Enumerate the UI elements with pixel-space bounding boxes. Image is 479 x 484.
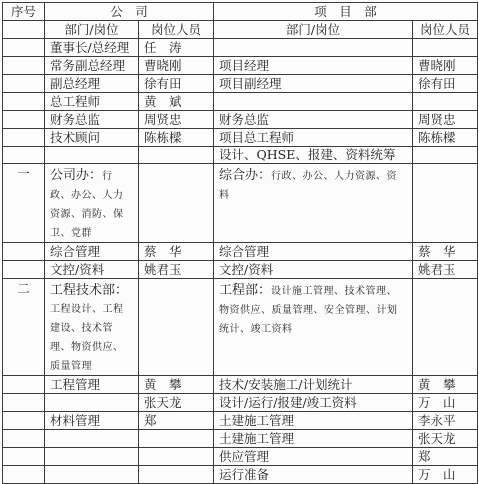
table-cell: 综合管理 — [214, 243, 413, 261]
table-cell: 副总经理 — [45, 75, 139, 93]
table-row: 常务副总经理曹晓刚项目经理曹晓刚 — [3, 57, 478, 75]
dept-name: 工程部： — [219, 283, 271, 298]
table-cell — [3, 39, 45, 57]
dept-cell: 工程部：设计施工管理、技术管理、物资供应、质量管理、安全管理、计划统计、竣工资料 — [214, 279, 413, 376]
table-cell — [3, 448, 45, 466]
table-row: 工程管理黄 攀技术/安装施工/计划统计黄 攀 — [3, 376, 478, 394]
table-cell: 二 — [3, 279, 45, 376]
table-cell: 黄 攀 — [139, 376, 214, 394]
table-cell: 万 山 — [413, 466, 478, 484]
header-cell: 岗位人员 — [139, 21, 214, 39]
table-cell — [3, 394, 45, 412]
table-cell: 一 — [3, 164, 45, 243]
table-cell: 姚君玉 — [139, 261, 214, 279]
table-row: 张天龙设计/运行/报建/竣工资料万 山 — [3, 394, 478, 412]
table-cell — [413, 147, 478, 164]
table-cell: 陈栋樑 — [413, 129, 478, 147]
table-cell — [413, 39, 478, 57]
table-cell: 供应管理 — [214, 448, 413, 466]
table-cell — [45, 430, 139, 448]
table-cell — [413, 164, 478, 243]
org-staffing-document: 序号公 司项 目 部部门/岗位岗位人员部门/岗位岗位人员董事长/总经理任 涛常务… — [2, 2, 477, 435]
dept-cell: 公司办：行政、办公、人力资源、消防、保卫、党群 — [45, 164, 139, 243]
header-cell: 项 目 部 — [214, 3, 478, 21]
table-cell — [214, 93, 413, 111]
table-cell: 技术顾问 — [45, 129, 139, 147]
table-row: 运行准备万 山 — [3, 466, 478, 484]
table-row: 二工程技术部：工程设计、工程建设、技术管理、物资供应、质量管理工程部：设计施工管… — [3, 279, 478, 376]
table-cell — [3, 430, 45, 448]
table-cell: 曹晓刚 — [139, 57, 214, 75]
table-cell: 黄 斌 — [139, 93, 214, 111]
table-row: 副总经理徐有田项目副经理徐有田 — [3, 75, 478, 93]
table-cell: 财务总监 — [214, 111, 413, 129]
header-cell — [3, 21, 45, 39]
table-cell — [3, 261, 45, 279]
table-row: 序号公 司项 目 部 — [3, 3, 478, 21]
table-cell: 项目总工程师 — [214, 129, 413, 147]
dept-name: 公司办： — [50, 168, 102, 183]
table-row: 材料管理郑土建施工管理李永平 — [3, 412, 478, 430]
table-cell — [3, 147, 45, 164]
header-cell: 公 司 — [45, 3, 214, 21]
table-cell: 设计、QHSE、报建、资料统筹 — [214, 147, 413, 164]
table-cell — [3, 111, 45, 129]
org-table: 序号公 司项 目 部部门/岗位岗位人员部门/岗位岗位人员董事长/总经理任 涛常务… — [2, 2, 478, 484]
table-cell: 土建施工管理 — [214, 412, 413, 430]
table-cell — [139, 164, 214, 243]
table-row: 综合管理蔡 华综合管理蔡 华 — [3, 243, 478, 261]
table-row: 总工程师黄 斌 — [3, 93, 478, 111]
table-cell: 常务副总经理 — [45, 57, 139, 75]
table-cell: 姚君玉 — [413, 261, 478, 279]
table-cell — [45, 448, 139, 466]
table-cell — [3, 243, 45, 261]
table-cell: 工程管理 — [45, 376, 139, 394]
table-row: 董事长/总经理任 涛 — [3, 39, 478, 57]
table-cell — [3, 466, 45, 484]
table-cell: 运行准备 — [214, 466, 413, 484]
table-cell: 万 山 — [413, 394, 478, 412]
table-cell: 郑 — [139, 412, 214, 430]
table-cell: 技术/安装施工/计划统计 — [214, 376, 413, 394]
table-cell — [3, 75, 45, 93]
header-cell: 岗位人员 — [413, 21, 478, 39]
table-cell: 黄 攀 — [413, 376, 478, 394]
table-row: 技术顾问陈栋樑项目总工程师陈栋樑 — [3, 129, 478, 147]
header-cell: 部门/岗位 — [45, 21, 139, 39]
table-cell: 任 涛 — [139, 39, 214, 57]
table-cell: 综合管理 — [45, 243, 139, 261]
table-cell — [45, 394, 139, 412]
table-cell: 土建施工管理 — [214, 430, 413, 448]
table-cell: 总工程师 — [45, 93, 139, 111]
dept-name: 综合办： — [219, 168, 271, 183]
table-cell — [45, 147, 139, 164]
table-cell: 董事长/总经理 — [45, 39, 139, 57]
table-cell: 项目经理 — [214, 57, 413, 75]
table-cell: 蔡 华 — [413, 243, 478, 261]
table-cell: 文控/资料 — [214, 261, 413, 279]
table-cell: 周贤忠 — [139, 111, 214, 129]
table-cell: 徐有田 — [413, 75, 478, 93]
table-cell: 设计/运行/报建/竣工资料 — [214, 394, 413, 412]
table-cell: 徐有田 — [139, 75, 214, 93]
table-cell — [139, 466, 214, 484]
table-cell — [3, 376, 45, 394]
table-cell — [45, 466, 139, 484]
table-cell: 郑 — [413, 448, 478, 466]
table-cell: 张天龙 — [413, 430, 478, 448]
table-cell — [3, 412, 45, 430]
table-cell — [3, 129, 45, 147]
dept-cell: 工程技术部：工程设计、工程建设、技术管理、物资供应、质量管理 — [45, 279, 139, 376]
table-cell — [413, 93, 478, 111]
header-cell: 部门/岗位 — [214, 21, 413, 39]
table-row: 土建施工管理张天龙 — [3, 430, 478, 448]
table-row: 一公司办：行政、办公、人力资源、消防、保卫、党群综合办：行政、办公、人力资源、资… — [3, 164, 478, 243]
table-cell: 蔡 华 — [139, 243, 214, 261]
table-row: 部门/岗位岗位人员部门/岗位岗位人员 — [3, 21, 478, 39]
table-cell: 项目副经理 — [214, 75, 413, 93]
table-cell: 材料管理 — [45, 412, 139, 430]
table-row: 财务总监周贤忠财务总监周贤忠 — [3, 111, 478, 129]
table-cell: 文控/资料 — [45, 261, 139, 279]
table-cell — [214, 39, 413, 57]
table-cell — [413, 279, 478, 376]
table-cell — [3, 57, 45, 75]
table-cell: 李永平 — [413, 412, 478, 430]
table-cell — [139, 430, 214, 448]
table-cell: 周贤忠 — [413, 111, 478, 129]
table-cell — [139, 147, 214, 164]
dept-scope: 工程设计、工程建设、技术管理、物资供应、质量管理 — [50, 304, 124, 372]
org-table-body: 序号公 司项 目 部部门/岗位岗位人员部门/岗位岗位人员董事长/总经理任 涛常务… — [3, 3, 478, 484]
header-cell: 序号 — [3, 3, 45, 21]
table-cell: 张天龙 — [139, 394, 214, 412]
dept-cell: 综合办：行政、办公、人力资源、资料 — [214, 164, 413, 243]
table-row: 供应管理郑 — [3, 448, 478, 466]
dept-name: 工程技术部： — [50, 283, 128, 298]
table-cell — [139, 448, 214, 466]
table-cell: 财务总监 — [45, 111, 139, 129]
table-cell — [3, 93, 45, 111]
table-cell: 陈栋樑 — [139, 129, 214, 147]
table-row: 文控/资料姚君玉文控/资料姚君玉 — [3, 261, 478, 279]
table-cell — [139, 279, 214, 376]
table-cell: 曹晓刚 — [413, 57, 478, 75]
table-row: 设计、QHSE、报建、资料统筹 — [3, 147, 478, 164]
